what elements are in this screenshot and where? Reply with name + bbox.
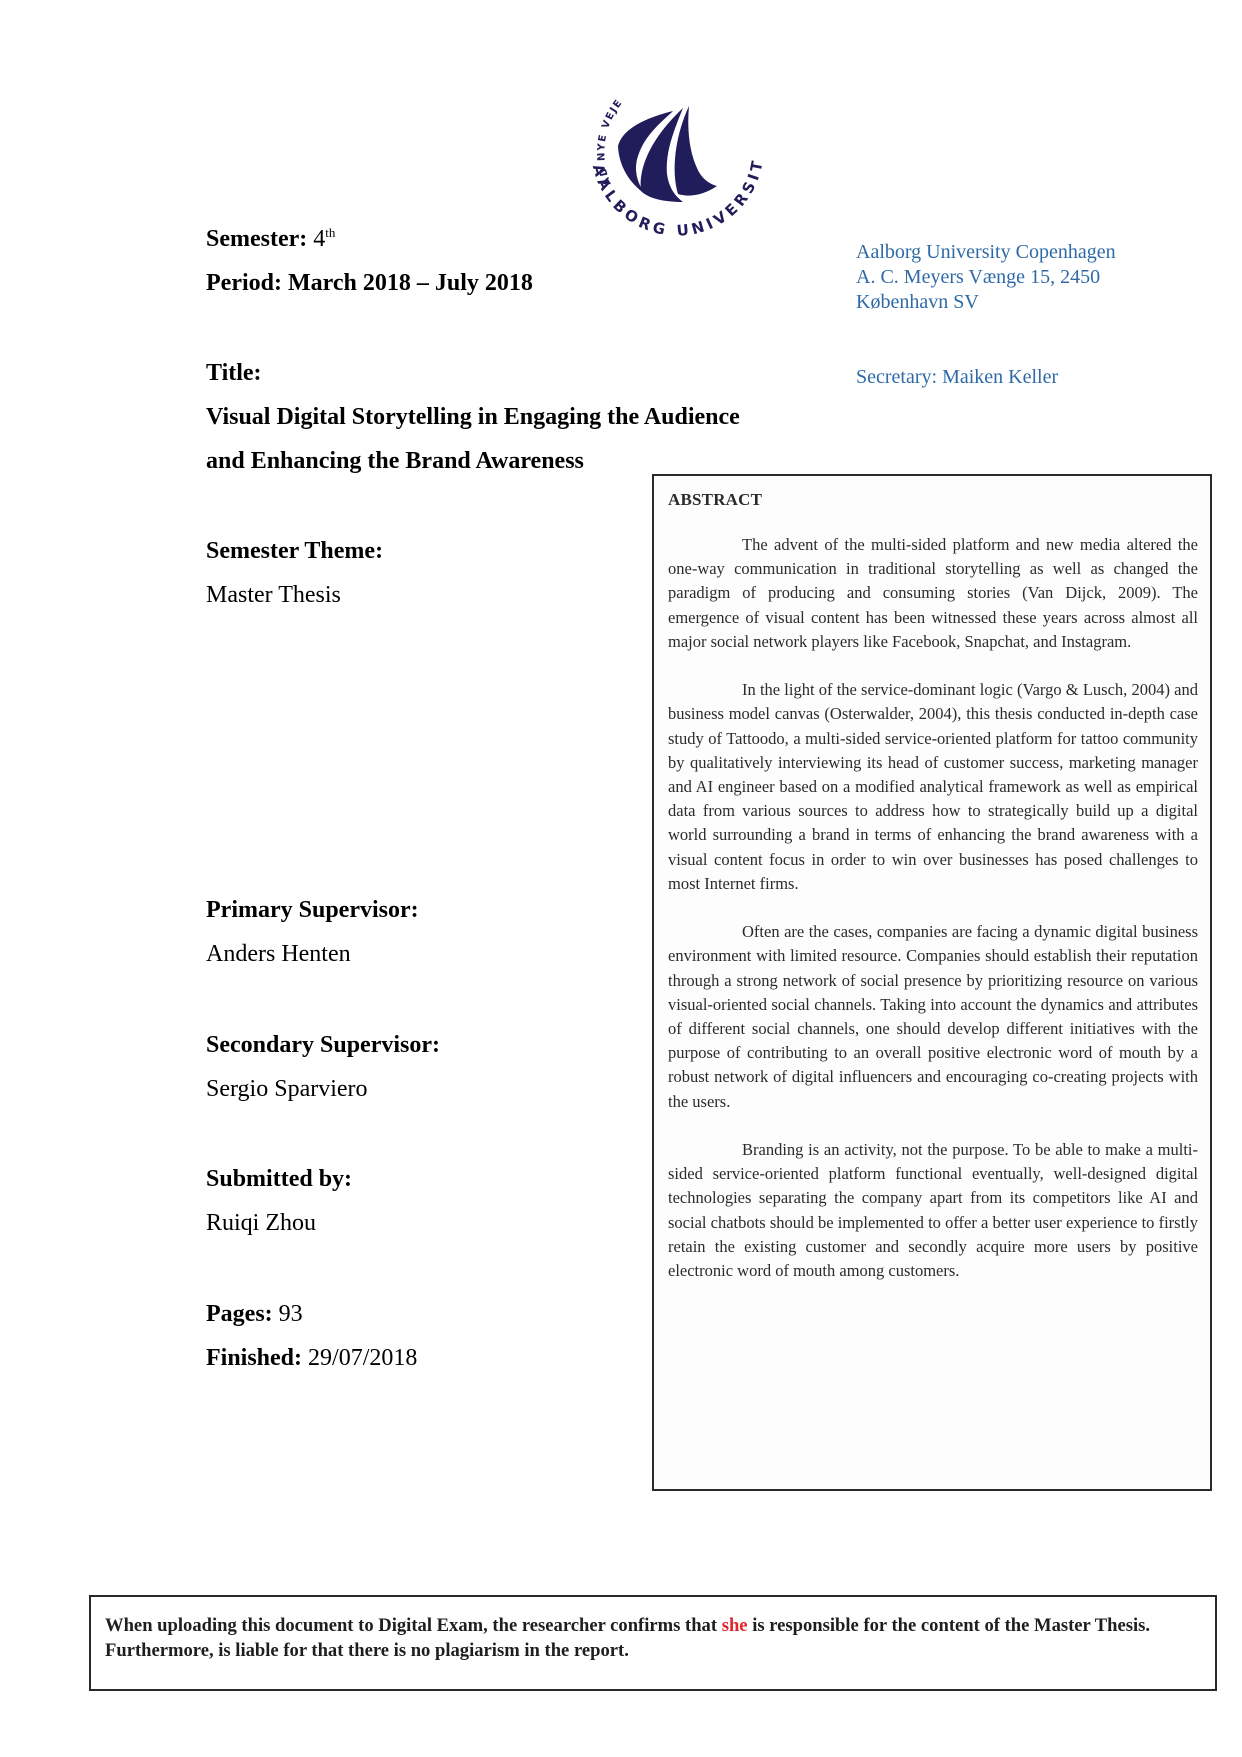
title-line-1: Visual Digital Storytelling in Engaging …	[206, 403, 740, 431]
period-label: Period:	[206, 270, 282, 296]
finished-field: Finished: 29/07/2018	[206, 1344, 417, 1372]
plagiarism-declaration-text: When uploading this document to Digital …	[105, 1613, 1195, 1663]
semester-value: 4th	[313, 226, 335, 252]
abstract-box: ABSTRACT The advent of the multi-sided p…	[652, 474, 1212, 1491]
abstract-body: The advent of the multi-sided platform a…	[668, 533, 1198, 1307]
pages-label: Pages:	[206, 1301, 273, 1327]
pages-value: 93	[279, 1301, 303, 1327]
primary-supervisor-value: Anders Henten	[206, 940, 351, 968]
secondary-supervisor-value: Sergio Sparviero	[206, 1075, 368, 1103]
aalborg-university-logo: AD NYE VEJE AALBORG UNIVERSITET	[583, 66, 773, 251]
submitted-by-value: Ruiqi Zhou	[206, 1209, 316, 1237]
address-line-2: A. C. Meyers Vænge 15, 2450	[856, 265, 1100, 290]
abstract-paragraph: Often are the cases, companies are facin…	[668, 920, 1198, 1114]
logo-icon: AD NYE VEJE AALBORG UNIVERSITET	[583, 66, 773, 251]
secretary: Secretary: Maiken Keller	[856, 365, 1058, 390]
abstract-paragraph: The advent of the multi-sided platform a…	[668, 533, 1198, 654]
svg-text:AALBORG UNIVERSITET: AALBORG UNIVERSITET	[583, 66, 767, 240]
address-line-3: København SV	[856, 290, 979, 315]
semester-theme-label: Semester Theme:	[206, 537, 383, 565]
title-label: Title:	[206, 359, 262, 387]
period-value: March 2018 – July 2018	[288, 270, 533, 296]
address-line-1: Aalborg University Copenhagen	[856, 240, 1116, 265]
finished-label: Finished:	[206, 1345, 302, 1371]
semester-field: Semester: 4th	[206, 225, 335, 253]
finished-value: 29/07/2018	[308, 1345, 417, 1371]
semester-label: Semester:	[206, 226, 307, 252]
pages-field: Pages: 93	[206, 1300, 303, 1328]
secondary-supervisor-label: Secondary Supervisor:	[206, 1031, 440, 1059]
abstract-heading: ABSTRACT	[668, 490, 762, 510]
semester-theme-value: Master Thesis	[206, 581, 341, 609]
title-line-2: and Enhancing the Brand Awareness	[206, 447, 584, 475]
period-field: Period: March 2018 – July 2018	[206, 269, 533, 297]
abstract-paragraph: In the light of the service-dominant log…	[668, 678, 1198, 896]
submitted-by-label: Submitted by:	[206, 1165, 352, 1193]
plagiarism-declaration-box: When uploading this document to Digital …	[89, 1595, 1217, 1691]
highlighted-pronoun: she	[722, 1615, 748, 1636]
abstract-paragraph: Branding is an activity, not the purpose…	[668, 1138, 1198, 1283]
primary-supervisor-label: Primary Supervisor:	[206, 896, 419, 924]
